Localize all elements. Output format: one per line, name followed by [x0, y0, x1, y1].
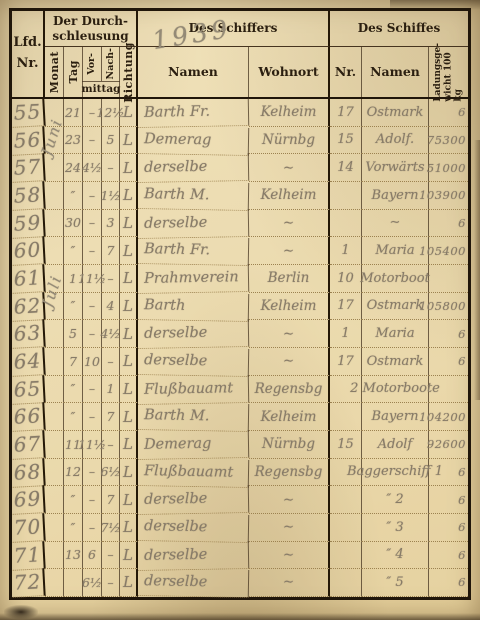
lfd-line1: Lfd. — [13, 33, 41, 54]
cell-monat — [45, 542, 64, 570]
cell-ladungsgewicht: 6 — [429, 99, 468, 127]
group-header-schiffers: Des Schiffers — [138, 11, 330, 47]
cell-vormittag: – — [83, 486, 102, 514]
cell-lfd-nr: 65 — [11, 375, 45, 404]
table-row: 69 ″ – 7 L derselbe ∼ ″ 2 6 — [12, 486, 468, 514]
cell-wohnort: ∼ — [249, 154, 330, 182]
cell-schiffer-name: Demerag — [138, 430, 249, 460]
cell-vormittag: 6 — [83, 542, 102, 570]
cell-monat — [45, 376, 64, 404]
col-header-schiff-namen: Namen — [362, 47, 429, 97]
cell-tag — [64, 569, 83, 597]
cell-nachmittag: 6½ — [102, 459, 120, 487]
cell-wohnort: Regensbg — [249, 376, 330, 404]
cell-schiff-name: Ostmark — [362, 348, 429, 376]
cell-monat — [45, 154, 64, 182]
cell-wohnort: Nürnbg — [249, 127, 330, 155]
cell-schiff-name: Motorboot — [362, 265, 429, 293]
table-row: 58 ″ – 1½ L Barth M. Kelheim Bayern 1039… — [12, 182, 468, 210]
cell-lfd-nr: 63 — [11, 319, 45, 348]
cell-monat — [45, 514, 64, 542]
cell-ladungsgewicht: 6 — [429, 320, 468, 348]
table-body: 55 21 – 12½ L Barth Fr. Kelheim 17 Ostma… — [12, 99, 468, 597]
cell-schiffer-name: Flußbauamt — [138, 375, 249, 405]
cell-richtung: L — [120, 459, 138, 487]
cell-monat — [45, 320, 64, 348]
cell-schiff-nr — [330, 182, 362, 210]
cell-vormittag: 11½ — [83, 431, 102, 459]
table-row: 57 24 4½ – L derselbe ∼ 14 Vorwärts 5100… — [12, 154, 468, 182]
cell-wohnort: ∼ — [249, 237, 330, 265]
cell-ladungsgewicht: 6 — [429, 514, 468, 542]
cell-schiffer-name: derselbe — [138, 513, 249, 543]
cell-vormittag: – — [83, 403, 102, 431]
cell-schiff-nr: 17 — [330, 99, 362, 127]
cell-richtung: L — [120, 265, 138, 293]
top-edge-shadow — [390, 0, 480, 10]
cell-monat — [45, 127, 64, 155]
cell-lfd-nr: 62 — [11, 292, 45, 321]
cell-vormittag: 4½ — [83, 154, 102, 182]
cell-schiffer-name: derselbe — [138, 319, 249, 349]
cell-schiff-nr — [330, 403, 362, 431]
cell-monat — [45, 182, 64, 210]
cell-monat — [45, 486, 64, 514]
cell-nachmittag: 12½ — [102, 99, 120, 127]
cell-lfd-nr: 67 — [11, 430, 45, 459]
cell-nachmittag: 7½ — [102, 514, 120, 542]
cell-lfd-nr: 70 — [11, 513, 45, 542]
cell-ladungsgewicht: 6 — [429, 486, 468, 514]
cell-lfd-nr: 68 — [11, 458, 45, 487]
cell-wohnort: Kelheim — [249, 293, 330, 321]
cell-tag: ″ — [64, 237, 83, 265]
col-header-lfd-nr: Lfd. Nr. — [12, 11, 45, 97]
cell-nachmittag: – — [102, 431, 120, 459]
cell-ladungsgewicht: 103900 — [429, 182, 468, 210]
cell-vormittag: 6½ — [83, 569, 102, 597]
cell-tag: ″ — [64, 514, 83, 542]
cell-schiffer-name: Barth Fr. — [138, 98, 249, 128]
cell-tag: ″ — [64, 403, 83, 431]
cell-ladungsgewicht: 105400 — [429, 237, 468, 265]
cell-ladungsgewicht: 92600 — [429, 431, 468, 459]
col-header-nachmittag: Nach- — [102, 47, 120, 81]
cell-schiff-name: ″ 3 — [362, 514, 429, 542]
cell-nachmittag: – — [102, 542, 120, 570]
table-row: 66 ″ – 7 L Barth M. Kelheim Bayern 10420… — [12, 403, 468, 431]
cell-schiff-nr: 15 — [330, 431, 362, 459]
cell-schiff-name: Baggerschiff 1 — [362, 459, 429, 487]
table-row: 67 11 11½ – L Demerag Nürnbg 15 Adolf 92… — [12, 431, 468, 459]
cell-ladungsgewicht — [429, 376, 468, 404]
cell-ladungsgewicht: 6 — [429, 569, 468, 597]
cell-richtung: L — [120, 486, 138, 514]
cell-schiffer-name: Flußbauamt — [138, 458, 249, 488]
cell-richtung: L — [120, 376, 138, 404]
cell-richtung: L — [120, 542, 138, 570]
col-header-richtung: Richtung — [120, 47, 138, 97]
cell-vormittag: 10 — [83, 348, 102, 376]
col-header-tag: Tag — [64, 47, 83, 97]
cell-schiff-name: Adolf — [362, 431, 429, 459]
cell-lfd-nr: 60 — [11, 236, 45, 265]
cell-vormittag: – — [83, 210, 102, 238]
cell-schiffer-name: derselbe — [138, 347, 249, 377]
table-row: 56 23 – 5 L Demerag Nürnbg 15 Adolf. 753… — [12, 127, 468, 155]
bottom-edge-shadow — [0, 613, 480, 620]
cell-nachmittag: – — [102, 569, 120, 597]
cell-ladungsgewicht: 6 — [429, 348, 468, 376]
cell-ladungsgewicht: 105800 — [429, 293, 468, 321]
cell-tag: 12 — [64, 459, 83, 487]
col-header-ladungsgewicht: Ladungsge- wicht 100 kg — [429, 47, 468, 97]
cell-monat — [45, 459, 64, 487]
cell-richtung: L — [120, 431, 138, 459]
cell-vormittag: – — [83, 293, 102, 321]
cell-schiff-nr — [330, 514, 362, 542]
cell-wohnort: ∼ — [249, 320, 330, 348]
cell-monat — [45, 237, 64, 265]
cell-monat — [45, 99, 64, 127]
cell-schiff-nr — [330, 569, 362, 597]
cell-nachmittag: – — [102, 265, 120, 293]
cell-tag: 30 — [64, 210, 83, 238]
cell-wohnort: Kelheim — [249, 403, 330, 431]
cell-schiff-nr: 17 — [330, 348, 362, 376]
cell-lfd-nr: 64 — [11, 347, 45, 376]
cell-schiffer-name: derselbe — [138, 568, 249, 598]
cell-monat — [45, 293, 64, 321]
cell-ladungsgewicht: 104200 — [429, 403, 468, 431]
cell-richtung: L — [120, 237, 138, 265]
cell-lfd-nr: 69 — [11, 485, 45, 514]
cell-wohnort: Kelheim — [249, 99, 330, 127]
cell-wohnort: ∼ — [249, 542, 330, 570]
cell-wohnort: ∼ — [249, 486, 330, 514]
cell-schiff-nr: 15 — [330, 127, 362, 155]
cell-schiffer-name: Demerag — [138, 126, 249, 156]
cell-lfd-nr: 56 — [11, 126, 45, 155]
cell-wohnort: Nürnbg — [249, 431, 330, 459]
cell-schiff-nr — [330, 486, 362, 514]
col-header-monat: Monat — [45, 47, 64, 97]
table-row: 71 13 6 – L derselbe ∼ ″ 4 6 — [12, 542, 468, 570]
cell-nachmittag: 7 — [102, 403, 120, 431]
col-header-vor-nachmittag: Vor- Nach- mittag — [83, 47, 120, 97]
cell-tag: 7 — [64, 348, 83, 376]
register-page: Lfd. Nr. Der Durch- schleusung Des Schif… — [0, 0, 480, 620]
cell-lfd-nr: 58 — [11, 181, 45, 210]
cell-lfd-nr: 72 — [11, 568, 45, 597]
table-row: 60 ″ – 7 L Barth Fr. ∼ 1 Maria 105400 — [12, 237, 468, 265]
cell-nachmittag: 1½ — [102, 182, 120, 210]
cell-wohnort: ∼ — [249, 569, 330, 597]
cell-schiff-name: ″ 5 — [362, 569, 429, 597]
cell-wohnort: ∼ — [249, 210, 330, 238]
cell-richtung: L — [120, 182, 138, 210]
cell-nachmittag: 5 — [102, 127, 120, 155]
table-row: 55 21 – 12½ L Barth Fr. Kelheim 17 Ostma… — [12, 99, 468, 127]
col-header-schiff-nr: Nr. — [330, 47, 362, 97]
lfd-line2: Nr. — [16, 54, 38, 75]
cell-tag: 23 — [64, 127, 83, 155]
cell-nachmittag: 4 — [102, 293, 120, 321]
cell-lfd-nr: 71 — [11, 541, 45, 570]
table-row: 64 7 10 – L derselbe ∼ 17 Ostmark 6 — [12, 348, 468, 376]
cell-richtung: L — [120, 403, 138, 431]
cell-wohnort: Kelheim — [249, 182, 330, 210]
cell-schiff-name: Maria — [362, 320, 429, 348]
cell-schiffer-name: Prahmverein — [138, 264, 249, 294]
cell-monat — [45, 569, 64, 597]
cell-ladungsgewicht: 6 — [429, 210, 468, 238]
cell-tag: 13 — [64, 542, 83, 570]
cell-ladungsgewicht: 75300 — [429, 127, 468, 155]
cell-richtung: L — [120, 210, 138, 238]
table-row: 65 ″ – 1 L Flußbauamt Regensbg 2 Motorbo… — [12, 376, 468, 404]
cell-schiff-nr: 14 — [330, 154, 362, 182]
cell-nachmittag: 1 — [102, 376, 120, 404]
cell-richtung: L — [120, 569, 138, 597]
cell-schiff-nr: 1 — [330, 320, 362, 348]
cell-monat — [45, 348, 64, 376]
cell-nachmittag: – — [102, 348, 120, 376]
cell-nachmittag: – — [102, 154, 120, 182]
cell-wohnort: Berlin — [249, 265, 330, 293]
cell-lfd-nr: 55 — [11, 98, 45, 127]
cell-nachmittag: 7 — [102, 486, 120, 514]
cell-wohnort: Regensbg — [249, 459, 330, 487]
col-header-wohnort: Wohnort — [249, 47, 330, 97]
cell-lfd-nr: 59 — [11, 209, 45, 238]
cell-schiff-name: ″ 4 — [362, 542, 429, 570]
table-row: 61 1 11½ – L Prahmverein Berlin 10 Motor… — [12, 265, 468, 293]
cell-nachmittag: 4½ — [102, 320, 120, 348]
cell-schiff-nr — [330, 210, 362, 238]
cell-richtung: L — [120, 320, 138, 348]
cell-tag: 24 — [64, 154, 83, 182]
table-header: Lfd. Nr. Der Durch- schleusung Des Schif… — [12, 11, 468, 99]
register-table: Lfd. Nr. Der Durch- schleusung Des Schif… — [9, 8, 471, 600]
cell-schiffer-name: Barth — [138, 292, 249, 322]
cell-schiffer-name: derselbe — [138, 485, 249, 515]
right-edge-shadow — [474, 140, 480, 400]
group-header-schiffes: Des Schiffes — [330, 11, 468, 47]
cell-tag: ″ — [64, 376, 83, 404]
cell-schiffer-name: derselbe — [138, 209, 249, 239]
cell-lfd-nr: 57 — [11, 153, 45, 182]
cell-schiffer-name: derselbe — [138, 541, 249, 571]
cell-schiff-name: Adolf. — [362, 127, 429, 155]
cell-monat — [45, 403, 64, 431]
table-row: 72 6½ – L derselbe ∼ ″ 5 6 — [12, 569, 468, 597]
cell-schiff-name: Ostmark — [362, 99, 429, 127]
cell-schiff-name: ″ 2 — [362, 486, 429, 514]
cell-schiff-nr: 17 — [330, 293, 362, 321]
cell-vormittag: 11½ — [83, 265, 102, 293]
cell-ladungsgewicht: 51000 — [429, 154, 468, 182]
cell-richtung: L — [120, 99, 138, 127]
cell-schiffer-name: Barth M. — [138, 181, 249, 211]
table-row: 59 30 – 3 L derselbe ∼ ∼ 6 — [12, 210, 468, 238]
cell-monat — [45, 431, 64, 459]
cell-vormittag: – — [83, 127, 102, 155]
cell-schiff-name: Vorwärts — [362, 154, 429, 182]
cell-schiffer-name: Barth Fr. — [138, 236, 249, 266]
cell-richtung: L — [120, 514, 138, 542]
cell-lfd-nr: 61 — [11, 264, 45, 293]
cell-ladungsgewicht: 6 — [429, 459, 468, 487]
cell-schiff-name: ∼ — [362, 210, 429, 238]
cell-vormittag: – — [83, 376, 102, 404]
cell-monat — [45, 210, 64, 238]
col-header-schiffer-namen: Namen — [138, 47, 249, 97]
table-row: 63 5 – 4½ L derselbe ∼ 1 Maria 6 — [12, 320, 468, 348]
table-row: 62 ″ – 4 L Barth Kelheim 17 Ostmark 1058… — [12, 293, 468, 321]
cell-schiffer-name: Barth M. — [138, 402, 249, 432]
table-row: 70 ″ – 7½ L derselbe ∼ ″ 3 6 — [12, 514, 468, 542]
cell-monat — [45, 265, 64, 293]
cell-tag: 5 — [64, 320, 83, 348]
cell-vormittag: – — [83, 237, 102, 265]
cell-schiff-nr — [330, 542, 362, 570]
cell-tag: ″ — [64, 293, 83, 321]
cell-richtung: L — [120, 293, 138, 321]
cell-lfd-nr: 66 — [11, 402, 45, 431]
cell-schiff-nr: 10 — [330, 265, 362, 293]
col-header-vormittag: Vor- — [83, 47, 102, 81]
cell-tag: 21 — [64, 99, 83, 127]
cell-ladungsgewicht: 6 — [429, 542, 468, 570]
cell-wohnort: ∼ — [249, 348, 330, 376]
col-header-mittag: mittag — [82, 81, 121, 97]
cell-schiff-nr: 1 — [330, 237, 362, 265]
cell-schiff-name: 2 Motorboote — [362, 376, 429, 404]
cell-richtung: L — [120, 154, 138, 182]
cell-tag: ″ — [64, 182, 83, 210]
cell-nachmittag: 7 — [102, 237, 120, 265]
cell-richtung: L — [120, 127, 138, 155]
cell-wohnort: ∼ — [249, 514, 330, 542]
cell-schiffer-name: derselbe — [138, 153, 249, 183]
cell-nachmittag: 3 — [102, 210, 120, 238]
cell-richtung: L — [120, 348, 138, 376]
table-row: 68 12 – 6½ L Flußbauamt Regensbg Baggers… — [12, 459, 468, 487]
cell-tag: ″ — [64, 486, 83, 514]
cell-ladungsgewicht — [429, 265, 468, 293]
